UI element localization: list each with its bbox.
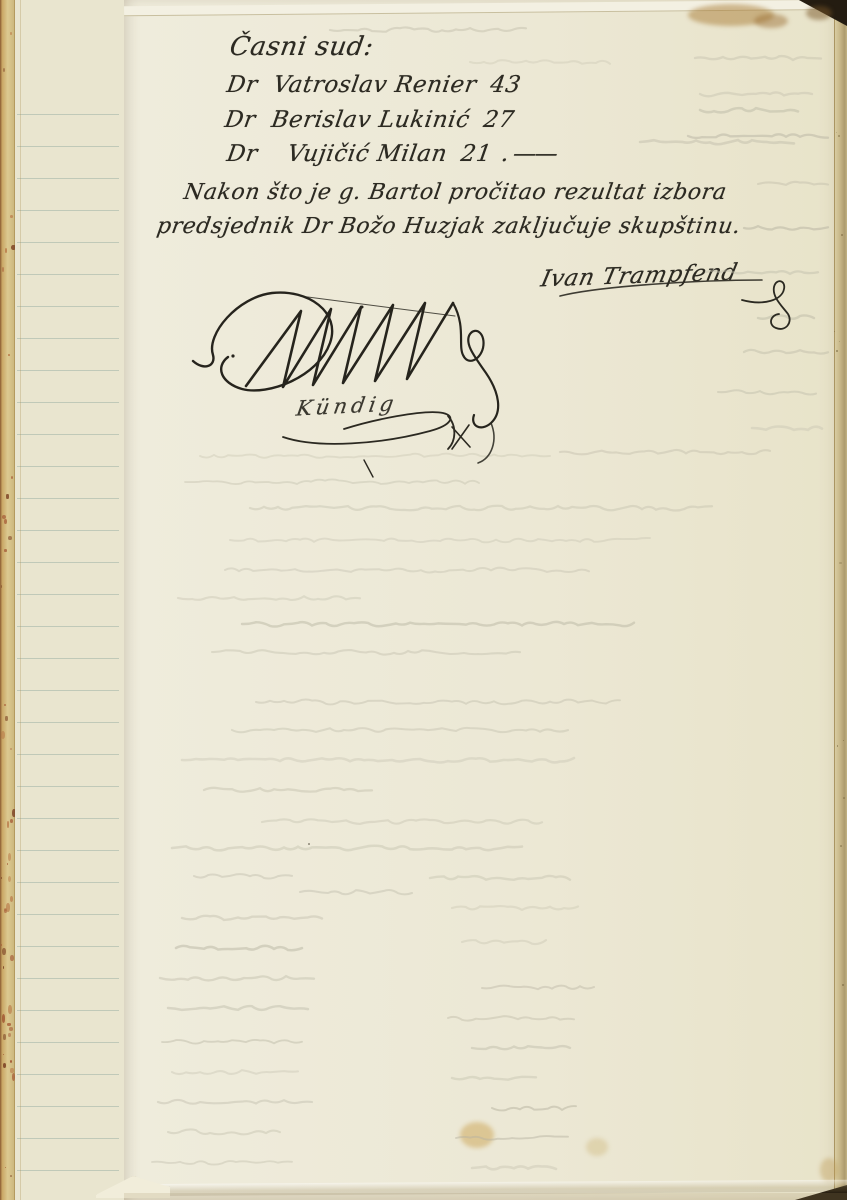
fore-edge-speck <box>842 984 844 986</box>
vote-count: 27 <box>482 107 517 133</box>
fore-edge-speck <box>836 132 837 133</box>
closing-paragraph-line: Nakon što je g. Bartol pročitao rezultat… <box>182 180 729 205</box>
fore-edge-speck <box>843 797 845 799</box>
candidate-name: Vatroslav Renier <box>272 72 479 98</box>
manuscript-content: Časni sud: DrVatroslav Renier43 DrBerisl… <box>0 0 847 1200</box>
tally-row: DrVatroslav Renier43 <box>225 72 523 98</box>
vote-count: 21 <box>459 141 494 167</box>
page-heading: Časni sud: <box>228 32 376 62</box>
doctor-title: Dr <box>225 72 260 98</box>
doctor-title: Dr <box>223 107 258 133</box>
tally-row: DrVujičić Milan21. —— <box>225 141 558 167</box>
signature-secretary: Ivan Trampfend <box>538 260 740 293</box>
fore-edge-speck <box>840 845 842 847</box>
doctor-title: Dr <box>225 141 260 167</box>
tally-row: DrBerislav Lukinić27 <box>223 107 516 133</box>
vote-count: 43 <box>488 72 523 98</box>
closing-paragraph-line: predsjednik Dr Božo Huzjak zaključuje sk… <box>155 214 743 239</box>
signature-countersign: Kündig <box>295 391 400 420</box>
candidate-name: Berislav Lukinić <box>270 107 472 133</box>
fore-edge-speck <box>836 350 838 352</box>
tally-dash: . —— <box>500 141 559 167</box>
scanned-book-page: Časni sud: DrVatroslav Renier43 DrBerisl… <box>0 0 847 1200</box>
candidate-name: Vujičić Milan <box>286 141 450 167</box>
